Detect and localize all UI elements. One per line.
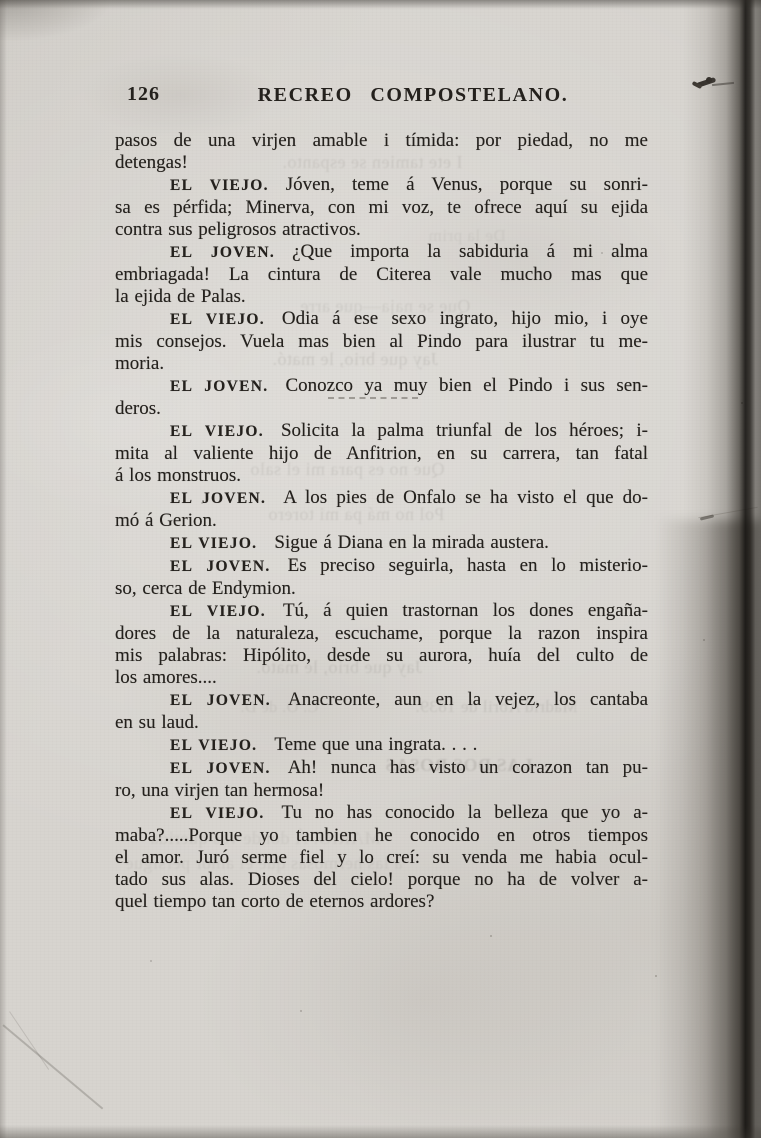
text-line: mis palabras: Hipólito, desde su aurora,…	[115, 645, 648, 667]
text-line: detengas!	[115, 152, 648, 174]
speaker-label: EL JOVEN.	[170, 760, 271, 777]
speaker-label: EL VIEJO.	[170, 423, 264, 440]
text-line: EL VIEJO.Teme que una ingrata. . . .	[115, 734, 648, 757]
speaker-label: EL JOVEN.	[170, 558, 271, 575]
scanned-book-page: I ete tamien se espanto.De la primQue se…	[0, 0, 761, 1138]
ink-blot	[692, 74, 726, 92]
text-line: EL VIEJO.Odia á ese sexo ingrato, hijo m…	[115, 308, 648, 331]
text-line: deros.	[115, 398, 648, 420]
text-line: contra sus peligrosos atractivos.	[115, 219, 648, 241]
page-corner-shadow	[0, 0, 160, 60]
speaker-label: EL VIEJO.	[170, 603, 266, 620]
text-line: mita al valiente hijo de Anfitrion, en s…	[115, 443, 648, 465]
speaker-label: EL VIEJO.	[170, 805, 265, 822]
paper-crease	[9, 1011, 49, 1070]
text-line: EL JOVEN.¿Que importa la sabiduria á mi …	[115, 241, 648, 264]
paragraph: EL JOVEN.Anacreonte, aun en la vejez, lo…	[115, 689, 648, 734]
text-block: pasos de una virjen amable i tímida: por…	[115, 130, 648, 913]
text-line: pasos de una virjen amable i tímida: por…	[115, 130, 648, 152]
page-edge-shadow	[656, 520, 761, 1138]
text-line: dores de la naturaleza, escuchame, porqu…	[115, 623, 648, 645]
paragraph: EL JOVEN.Ah! nunca has visto un corazon …	[115, 757, 648, 802]
text-line: ro, una virjen tan hermosa!	[115, 780, 648, 802]
paper-crease	[3, 1024, 104, 1109]
page-edge-shadow	[0, 0, 761, 9]
text-line: EL JOVEN.Ah! nunca has visto un corazon …	[115, 757, 648, 780]
speaker-label: EL JOVEN.	[170, 244, 275, 261]
text-line: mó á Gerion.	[115, 510, 648, 532]
text-line: so, cerca de Endymion.	[115, 578, 648, 600]
text-line: EL VIEJO.Tú, á quien trastornan los done…	[115, 600, 648, 623]
text-line: EL JOVEN.Es preciso seguirla, hasta en l…	[115, 555, 648, 578]
ink-blot-dot	[706, 77, 712, 83]
text-line: en su laud.	[115, 712, 648, 734]
speaker-label: EL VIEJO.	[170, 177, 269, 194]
text-line: moria.	[115, 353, 648, 375]
ink-blot-stroke	[696, 77, 717, 88]
text-line: tado sus alas. Dioses del cielo! porque …	[115, 869, 648, 891]
text-line: el amor. Juró serme fiel y lo creí: su v…	[115, 847, 648, 869]
text-line: EL VIEJO.Solicita la palma triunfal de l…	[115, 420, 648, 443]
speaker-label: EL JOVEN.	[170, 490, 266, 507]
paper-crease	[698, 507, 757, 519]
paragraph: pasos de una virjen amable i tímida: por…	[115, 130, 648, 174]
paper-specks	[741, 402, 743, 404]
speaker-label: EL VIEJO.	[170, 311, 265, 328]
text-line: maba?.....Porque yo tambien he conocido …	[115, 825, 648, 847]
speaker-label: EL JOVEN.	[170, 378, 268, 395]
running-title: RECREO COMPOSTELANO.	[258, 84, 569, 107]
page-edge-shadow	[0, 0, 7, 1138]
paragraph: EL JOVEN.¿Que importa la sabiduria á mi …	[115, 241, 648, 308]
text-line: EL VIEJO.Sigue á Diana en la mirada aust…	[115, 532, 648, 555]
text-line: quel tiempo tan corto de eternos ardores…	[115, 891, 648, 913]
speaker-label: EL VIEJO.	[170, 737, 257, 754]
paragraph: EL VIEJO.Tu no has conocido la belleza q…	[115, 802, 648, 913]
paragraph: EL JOVEN.A los pies de Onfalo se ha vist…	[115, 487, 648, 532]
paragraph: EL JOVEN.Es preciso seguirla, hasta en l…	[115, 555, 648, 600]
text-line: embriagada! La cintura de Citerea vale m…	[115, 264, 648, 286]
text-line: EL JOVEN.Anacreonte, aun en la vejez, lo…	[115, 689, 648, 712]
paragraph: EL JOVEN.Conozco ya muy bien el Pindo i …	[115, 375, 648, 420]
text-line: la ejida de Palas.	[115, 286, 648, 308]
text-line: EL VIEJO.Tu no has conocido la belleza q…	[115, 802, 648, 825]
paragraph: EL VIEJO.Jóven, teme á Venus, porque su …	[115, 174, 648, 241]
speaker-label: EL JOVEN.	[170, 692, 271, 709]
ink-blot-stroke	[692, 81, 703, 89]
paragraph: EL VIEJO.Odia á ese sexo ingrato, hijo m…	[115, 308, 648, 375]
paragraph: EL VIEJO.Tú, á quien trastornan los done…	[115, 600, 648, 689]
text-line: EL JOVEN.A los pies de Onfalo se ha vist…	[115, 487, 648, 510]
paragraph: EL VIEJO.Solicita la palma triunfal de l…	[115, 420, 648, 487]
page-edge-shadow	[0, 1125, 761, 1138]
text-line: los amores....	[115, 667, 648, 689]
text-line: EL VIEJO.Jóven, teme á Venus, porque su …	[115, 174, 648, 197]
speaker-label: EL VIEJO.	[170, 535, 257, 552]
text-line: mis consejos. Vuela mas bien al Pindo pa…	[115, 331, 648, 353]
paragraph: EL VIEJO.Teme que una ingrata. . . .	[115, 734, 648, 757]
text-line: á los monstruos.	[115, 465, 648, 487]
text-line: sa es pérfida; Minerva, con mi voz, te o…	[115, 197, 648, 219]
text-line: EL JOVEN.Conozco ya muy bien el Pindo i …	[115, 375, 648, 398]
page-edge-shadow	[683, 0, 761, 1138]
ink-blot-tail	[712, 82, 734, 86]
paragraph: EL VIEJO.Sigue á Diana en la mirada aust…	[115, 532, 648, 555]
page-number: 126	[127, 83, 160, 106]
paper-crease-mark	[700, 514, 714, 520]
